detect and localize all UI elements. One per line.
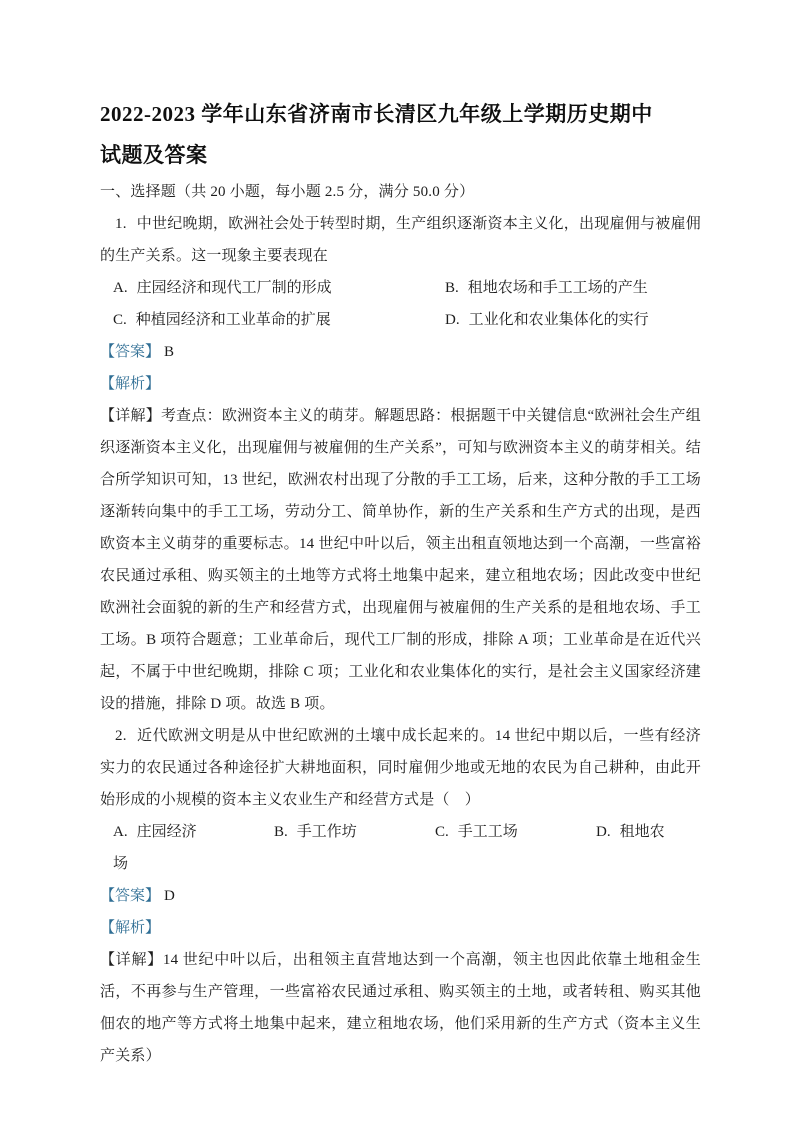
question-1-option-d-key: D. — [445, 312, 460, 328]
detail-label: 【详解】 — [100, 952, 163, 968]
question-2-option-a: A.庄园经济 — [113, 816, 274, 848]
question-2-option-b-text: 手工作坊 — [297, 824, 357, 840]
analysis-label: 【解析】 — [100, 920, 160, 936]
question-1-option-c: C.种植园经济和工业革命的扩展 — [113, 304, 445, 336]
section-heading: 一、选择题（共 20 小题，每小题 2.5 分，满分 50.0 分） — [100, 176, 701, 208]
question-1-analysis-line: 【解析】 — [100, 368, 701, 400]
question-2-options-row: A.庄园经济 B.手工作坊 C.手工工场 D.租地农 — [100, 816, 701, 848]
answer-label: 【答案】 — [100, 344, 160, 360]
question-2-stem: 2.近代欧洲文明是从中世纪欧洲的土壤中成长起来的。14 世纪中期以后，一些有经济… — [100, 720, 701, 816]
document-title-line-2: 试题及答案 — [100, 135, 701, 176]
question-1-option-a: A.庄园经济和现代工厂制的形成 — [113, 272, 445, 304]
question-1-detail: 【详解】考查点：欧洲资本主义的萌芽。解题思路：根据题干中关键信息“欧洲社会生产组… — [100, 400, 701, 720]
question-1-stem: 1.中世纪晚期，欧洲社会处于转型时期，生产组织逐渐资本主义化，出现雇佣与被雇佣的… — [100, 208, 701, 272]
question-2-answer-line: 【答案】D — [100, 880, 701, 912]
question-1-options-row-2: C.种植园经济和工业革命的扩展 D.工业化和农业集体化的实行 — [100, 304, 701, 336]
question-1-option-a-text: 庄园经济和现代工厂制的形成 — [137, 280, 332, 296]
question-1-options-row-1: A.庄园经济和现代工厂制的形成 B.租地农场和手工工场的产生 — [100, 272, 701, 304]
detail-label: 【详解】 — [100, 408, 161, 424]
question-1-option-b-text: 租地农场和手工工场的产生 — [468, 280, 648, 296]
question-2-option-a-text: 庄园经济 — [137, 824, 197, 840]
question-2-option-c: C.手工工场 — [435, 816, 596, 848]
question-2-detail-text: 14 世纪中叶以后，出租领主直营地达到一个高潮，领主也因此依靠土地租金生活，不再… — [100, 952, 701, 1064]
document-content: 2022-2023 学年山东省济南市长清区九年级上学期历史期中 试题及答案 一、… — [100, 0, 701, 1072]
document-title-line-1: 2022-2023 学年山东省济南市长清区九年级上学期历史期中 — [100, 94, 701, 135]
answer-label: 【答案】 — [100, 888, 160, 904]
question-1-answer-line: 【答案】B — [100, 336, 701, 368]
question-1-detail-text: 考查点：欧洲资本主义的萌芽。解题思路：根据题干中关键信息“欧洲社会生产组织逐渐资… — [100, 408, 701, 712]
question-1-number: 1. — [115, 216, 127, 232]
question-1-answer-value: B — [164, 344, 174, 360]
question-2-text: 近代欧洲文明是从中世纪欧洲的土壤中成长起来的。14 世纪中期以后，一些有经济实力… — [100, 728, 701, 808]
question-2-answer-value: D — [164, 888, 175, 904]
question-2-option-c-text: 手工工场 — [458, 824, 518, 840]
question-1-option-b: B.租地农场和手工工场的产生 — [445, 272, 648, 304]
question-2-option-b-key: B. — [274, 824, 288, 840]
question-2-option-d-key: D. — [596, 824, 611, 840]
question-1-option-a-key: A. — [113, 280, 128, 296]
question-1-option-c-text: 种植园经济和工业革命的扩展 — [136, 312, 331, 328]
question-2-option-b: B.手工作坊 — [274, 816, 435, 848]
question-1-option-b-key: B. — [445, 280, 459, 296]
question-1-option-d: D.工业化和农业集体化的实行 — [445, 304, 649, 336]
exam-document-page: 2022-2023 学年山东省济南市长清区九年级上学期历史期中 试题及答案 一、… — [0, 0, 793, 1122]
question-2-analysis-line: 【解析】 — [100, 912, 701, 944]
question-1-text: 中世纪晚期，欧洲社会处于转型时期，生产组织逐渐资本主义化，出现雇佣与被雇佣的生产… — [100, 216, 701, 264]
document-title: 2022-2023 学年山东省济南市长清区九年级上学期历史期中 试题及答案 — [100, 0, 701, 176]
question-2-number: 2. — [115, 728, 127, 744]
question-1-option-c-key: C. — [113, 312, 127, 328]
question-2-option-a-key: A. — [113, 824, 128, 840]
question-2-option-c-key: C. — [435, 824, 449, 840]
question-2-option-d: D.租地农 — [596, 816, 665, 848]
analysis-label: 【解析】 — [100, 376, 160, 392]
question-2-option-d-text: 租地农 — [620, 824, 665, 840]
question-2-detail: 【详解】14 世纪中叶以后，出租领主直营地达到一个高潮，领主也因此依靠土地租金生… — [100, 944, 701, 1072]
question-2-option-d-wrap: 场 — [100, 848, 701, 880]
question-1-option-d-text: 工业化和农业集体化的实行 — [469, 312, 649, 328]
